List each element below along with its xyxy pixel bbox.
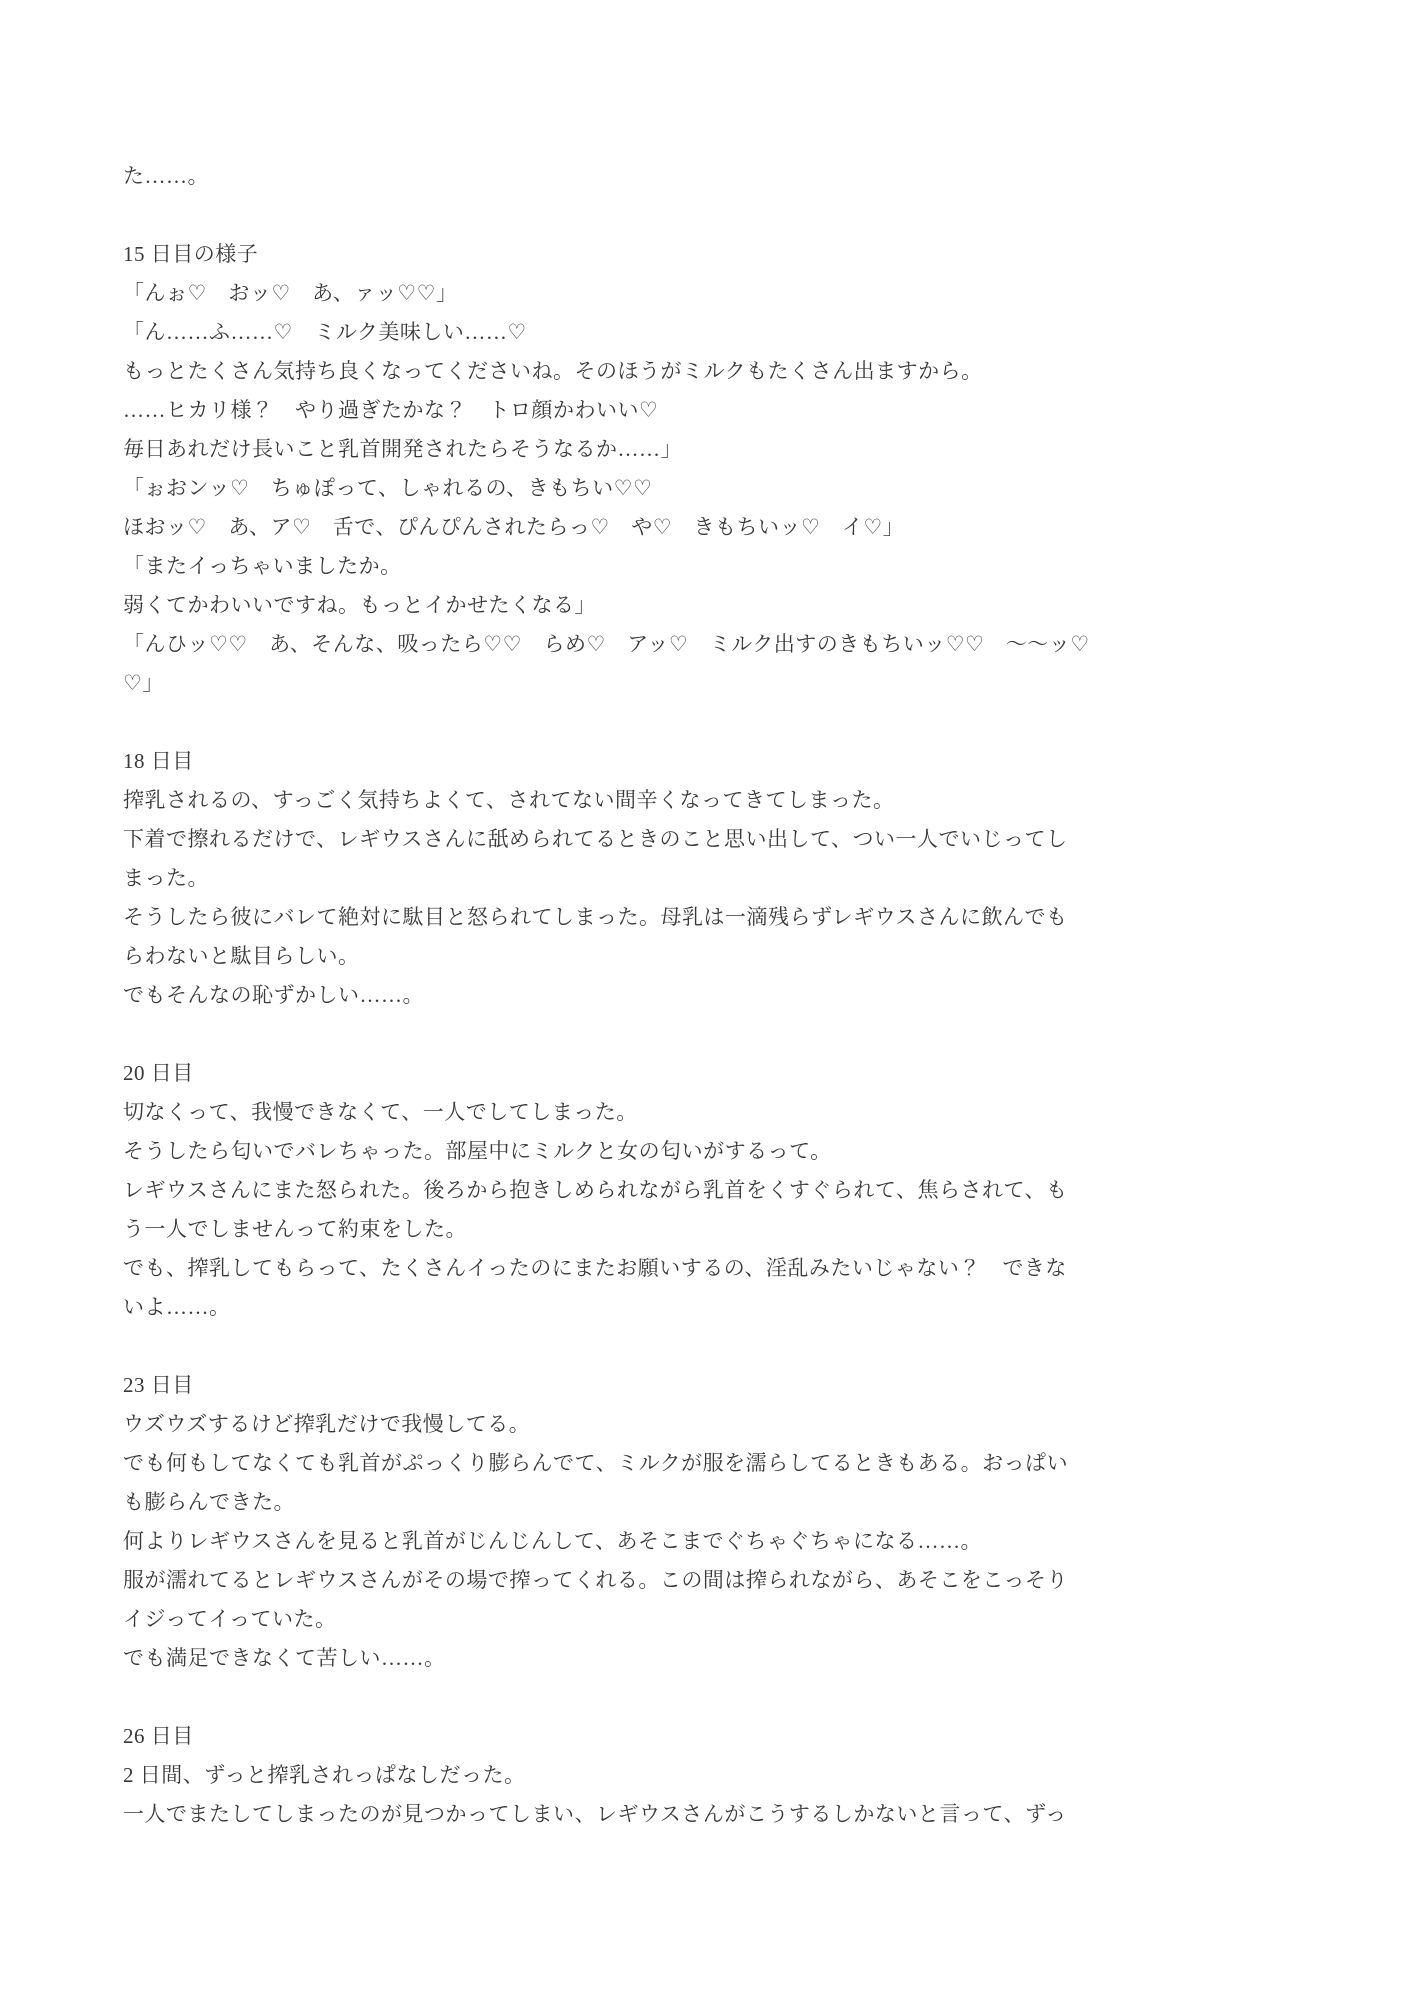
section: 26 日目2 日間、ずっと搾乳されっぱなしだった。一人でまたしてしまったのが見つ… (123, 1717, 1353, 1834)
text-line: でもそんなの恥ずかしい……。 (123, 976, 1353, 1015)
text-line: そうしたら彼にバレて絶対に駄目と怒られてしまった。母乳は一滴残らずレギウスさんに… (123, 898, 1353, 937)
section-heading: 20 日目 (123, 1054, 1353, 1093)
text-line: 切なくって、我慢できなくて、一人でしてしまった。 (123, 1093, 1353, 1132)
text-line: でも、搾乳してもらって、たくさんイったのにまたお願いするの、淫乱みたいじゃない？… (123, 1249, 1353, 1288)
text-line: いよ……。 (123, 1288, 1353, 1327)
text-line: 2 日間、ずっと搾乳されっぱなしだった。 (123, 1756, 1353, 1795)
text-line: まった。 (123, 859, 1353, 898)
text-line: 何よりレギウスさんを見ると乳首がじんじんして、あそこまでぐちゃぐちゃになる……。 (123, 1522, 1353, 1561)
text-line: そうしたら匂いでバレちゃった。部屋中にミルクと女の匂いがするって。 (123, 1132, 1353, 1171)
text-line: 「ん……ふ……♡ ミルク美味しい……♡ (123, 313, 1353, 352)
sections-container: 15 日目の様子「んぉ♡ おッ♡ あ、ァッ♡♡」「ん……ふ……♡ ミルク美味しい… (123, 235, 1353, 1834)
section: 15 日目の様子「んぉ♡ おッ♡ あ、ァッ♡♡」「ん……ふ……♡ ミルク美味しい… (123, 235, 1353, 703)
intro-line: た……。 (123, 157, 1353, 196)
section-heading: 15 日目の様子 (123, 235, 1353, 274)
text-line: 服が濡れてるとレギウスさんがその場で搾ってくれる。この間は搾られながら、あそこを… (123, 1561, 1353, 1600)
text-line: ……ヒカリ様？ やり過ぎたかな？ トロ顔かわいい♡ (123, 391, 1353, 430)
text-line: ♡」 (123, 664, 1353, 703)
text-line: らわないと駄目らしい。 (123, 937, 1353, 976)
text-line: 搾乳されるの、すっごく気持ちよくて、されてない間辛くなってきてしまった。 (123, 781, 1353, 820)
section-heading: 23 日目 (123, 1366, 1353, 1405)
text-content: た……。 15 日目の様子「んぉ♡ おッ♡ あ、ァッ♡♡」「ん……ふ……♡ ミル… (123, 157, 1353, 1834)
text-line: 「んぉ♡ おッ♡ あ、ァッ♡♡」 (123, 274, 1353, 313)
section: 18 日目搾乳されるの、すっごく気持ちよくて、されてない間辛くなってきてしまった… (123, 742, 1353, 1015)
text-line: 「またイっちゃいましたか。 (123, 547, 1353, 586)
text-line: 下着で擦れるだけで、レギウスさんに舐められてるときのこと思い出して、つい一人でい… (123, 820, 1353, 859)
text-line: イジってイっていた。 (123, 1600, 1353, 1639)
text-line: ウズウズするけど搾乳だけで我慢してる。 (123, 1405, 1353, 1444)
text-line: 弱くてかわいいですね。もっとイかせたくなる」 (123, 586, 1353, 625)
document-page: た……。 15 日目の様子「んぉ♡ おッ♡ あ、ァッ♡♡」「ん……ふ……♡ ミル… (0, 0, 1417, 2000)
section: 23 日目ウズウズするけど搾乳だけで我慢してる。でも何もしてなくても乳首がぷっく… (123, 1366, 1353, 1678)
text-line: う一人でしませんって約束をした。 (123, 1210, 1353, 1249)
text-line: 一人でまたしてしまったのが見つかってしまい、レギウスさんがこうするしかないと言っ… (123, 1795, 1353, 1834)
section-heading: 18 日目 (123, 742, 1353, 781)
text-line: もっとたくさん気持ち良くなってくださいね。そのほうがミルクもたくさん出ますから。 (123, 352, 1353, 391)
text-line: でも何もしてなくても乳首がぷっくり膨らんでて、ミルクが服を濡らしてるときもある。… (123, 1444, 1353, 1483)
text-line: でも満足できなくて苦しい……。 (123, 1639, 1353, 1678)
section-heading: 26 日目 (123, 1717, 1353, 1756)
text-line: も膨らんできた。 (123, 1483, 1353, 1522)
text-line: レギウスさんにまた怒られた。後ろから抱きしめられながら乳首をくすぐられて、焦らさ… (123, 1171, 1353, 1210)
text-line: 「んひッ♡♡ あ、そんな、吸ったら♡♡ らめ♡ アッ♡ ミルク出すのきもちいッ♡… (123, 625, 1353, 664)
section: 20 日目切なくって、我慢できなくて、一人でしてしまった。そうしたら匂いでバレち… (123, 1054, 1353, 1327)
text-line: 「ぉおンッ♡ ちゅぽって、しゃれるの、きもちい♡♡ (123, 469, 1353, 508)
text-line: ほおッ♡ あ、ア♡ 舌で、ぴんぴんされたらっ♡ や♡ きもちいッ♡ イ♡」 (123, 508, 1353, 547)
text-line: 毎日あれだけ長いこと乳首開発されたらそうなるか……」 (123, 430, 1353, 469)
